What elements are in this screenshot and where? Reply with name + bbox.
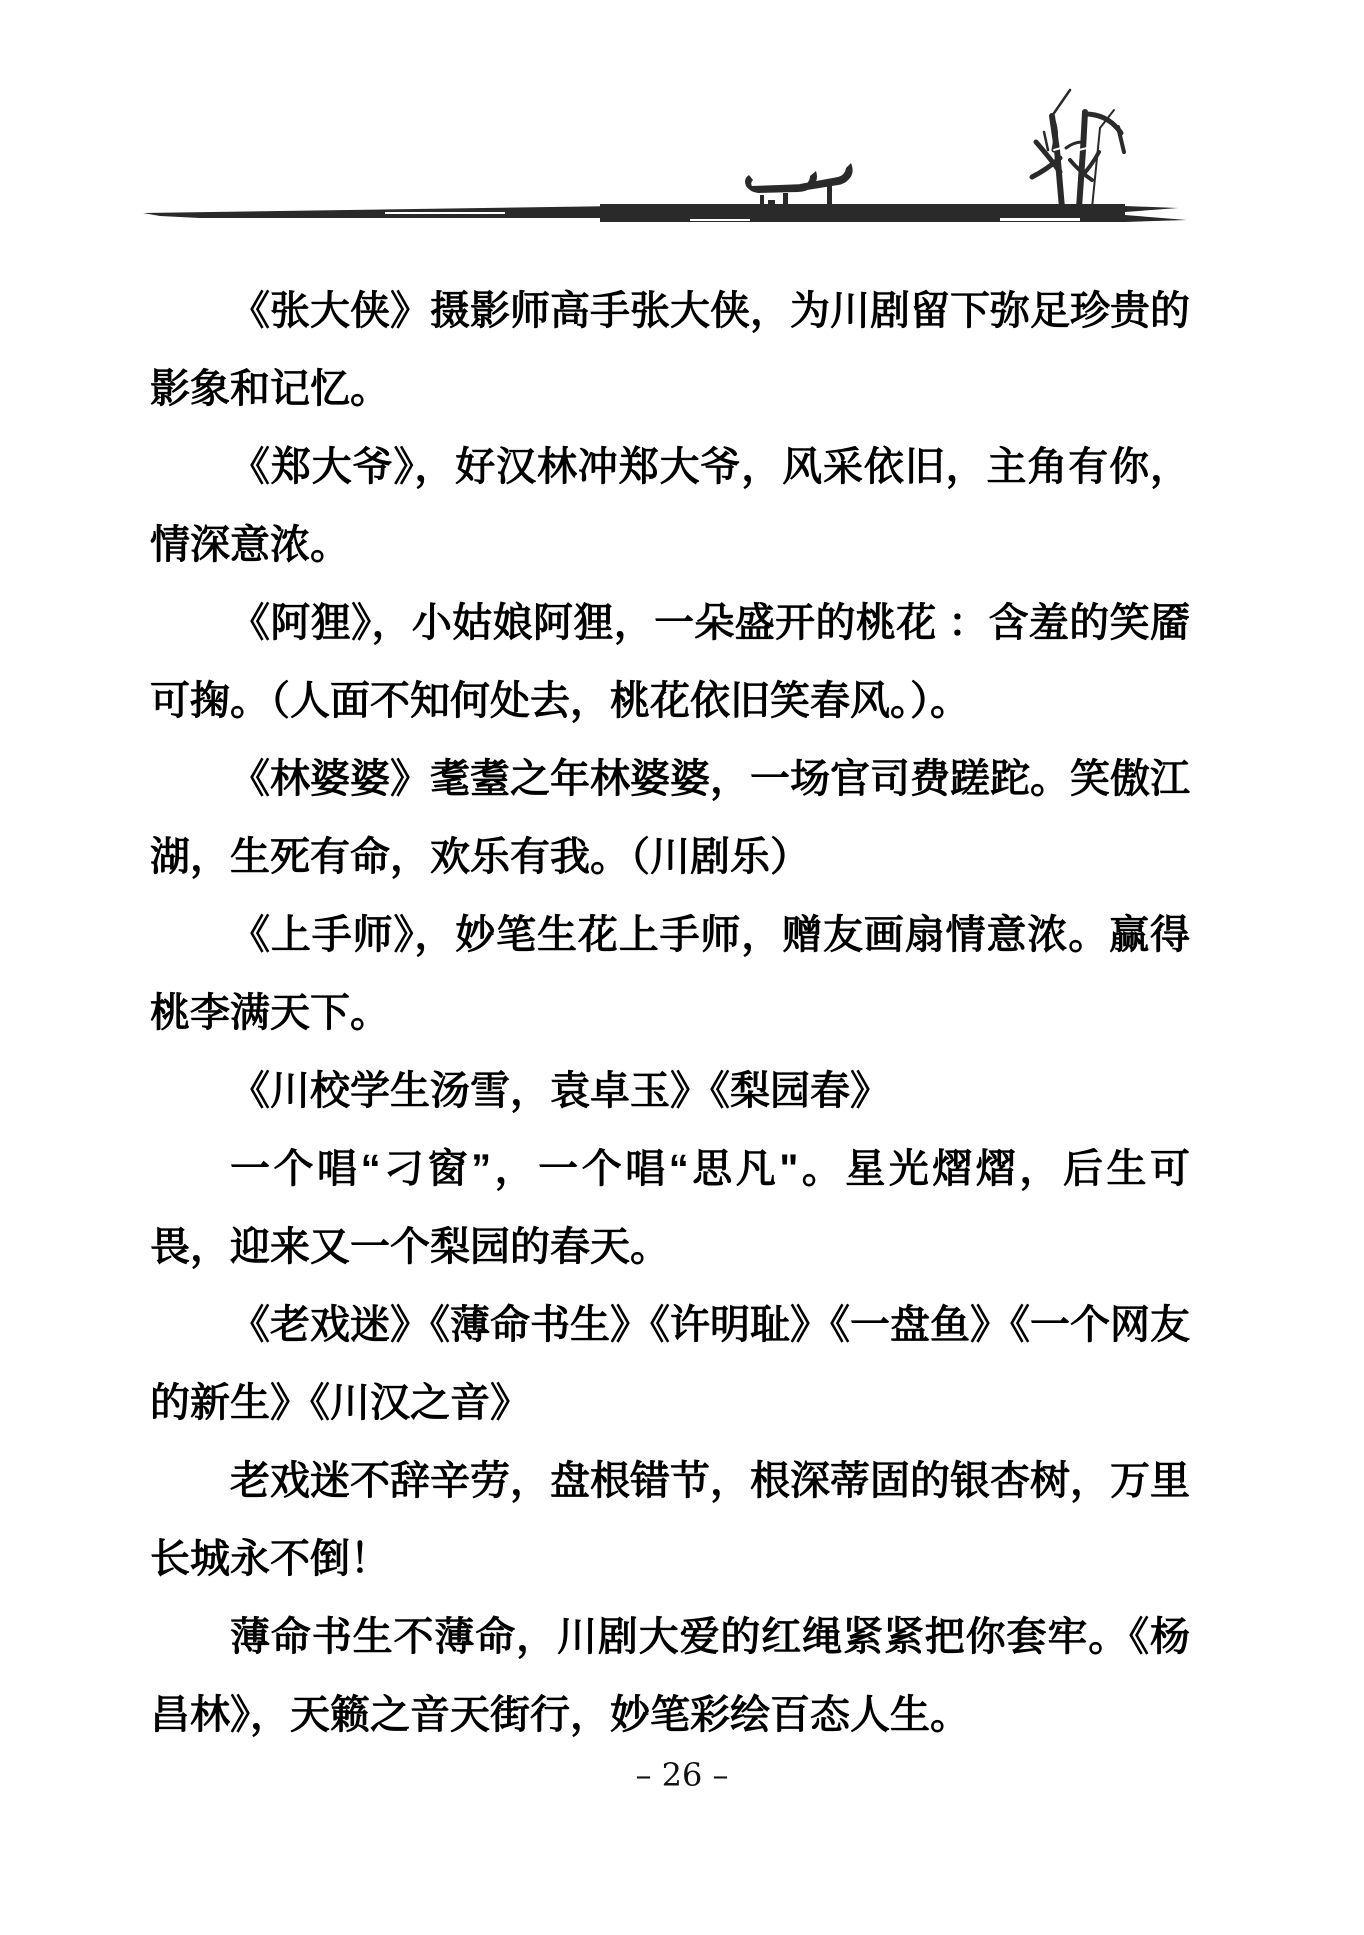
ground-line-icon (143, 204, 1187, 222)
header-illustration (0, 0, 1364, 240)
text-line: 影象和记忆。 (150, 350, 1190, 428)
text-line: 《张大侠》摄影师高手张大侠，为川剧留下弥足珍贵的 (150, 272, 1190, 350)
text-line: 的新生》《川汉之音》 (150, 1364, 1190, 1442)
text-line: 老戏迷不辞辛劳，盘根错节，根深蒂固的银杏树，万里 (150, 1442, 1190, 1520)
text-line: 情深意浓。 (150, 506, 1190, 584)
text-line: 一个唱“刁窗”，一个唱“思凡"。星光熠熠，后生可 (150, 1130, 1190, 1208)
text-line: 《林婆婆》耄耋之年林婆婆，一场官司费蹉跎。笑傲江 (150, 740, 1190, 818)
text-line: 《郑大爷》，好汉林冲郑大爷，风采依旧，主角有你， (150, 428, 1190, 506)
text-line: 《川校学生汤雪，袁卓玉》《梨园春》 (150, 1052, 1190, 1130)
document-page: 《张大侠》摄影师高手张大侠，为川剧留下弥足珍贵的 影象和记忆。 《郑大爷》，好汉… (0, 0, 1364, 1935)
text-line: 可掬。（人面不知何处去，桃花依旧笑春风。）。 (150, 662, 1190, 740)
text-line: 《上手师》，妙笔生花上手师，赠友画扇情意浓。赢得 (150, 896, 1190, 974)
text-line: 昌林》，天籁之音天街行，妙笔彩绘百态人生。 (150, 1676, 1190, 1754)
text-line: 长城永不倒！ (150, 1520, 1190, 1598)
text-line: 湖，生死有命，欢乐有我。（川剧乐） (150, 818, 1190, 896)
text-line: 《阿狸》，小姑娘阿狸，一朵盛开的桃花 ：含羞的笑靥 (150, 584, 1190, 662)
text-line: 桃李满天下。 (150, 974, 1190, 1052)
body-text: 《张大侠》摄影师高手张大侠，为川剧留下弥足珍贵的 影象和记忆。 《郑大爷》，好汉… (150, 272, 1190, 1754)
page-number: – 26 – (0, 1756, 1364, 1794)
bamboo-icon (1032, 90, 1124, 208)
text-line: 《老戏迷》《薄命书生》《许明耻》《一盘鱼》《一个网友 (150, 1286, 1190, 1364)
text-line: 薄命书生不薄命，川剧大爱的红绳紧紧把你套牢。《杨 (150, 1598, 1190, 1676)
text-line: 畏，迎来又一个梨园的春天。 (150, 1208, 1190, 1286)
